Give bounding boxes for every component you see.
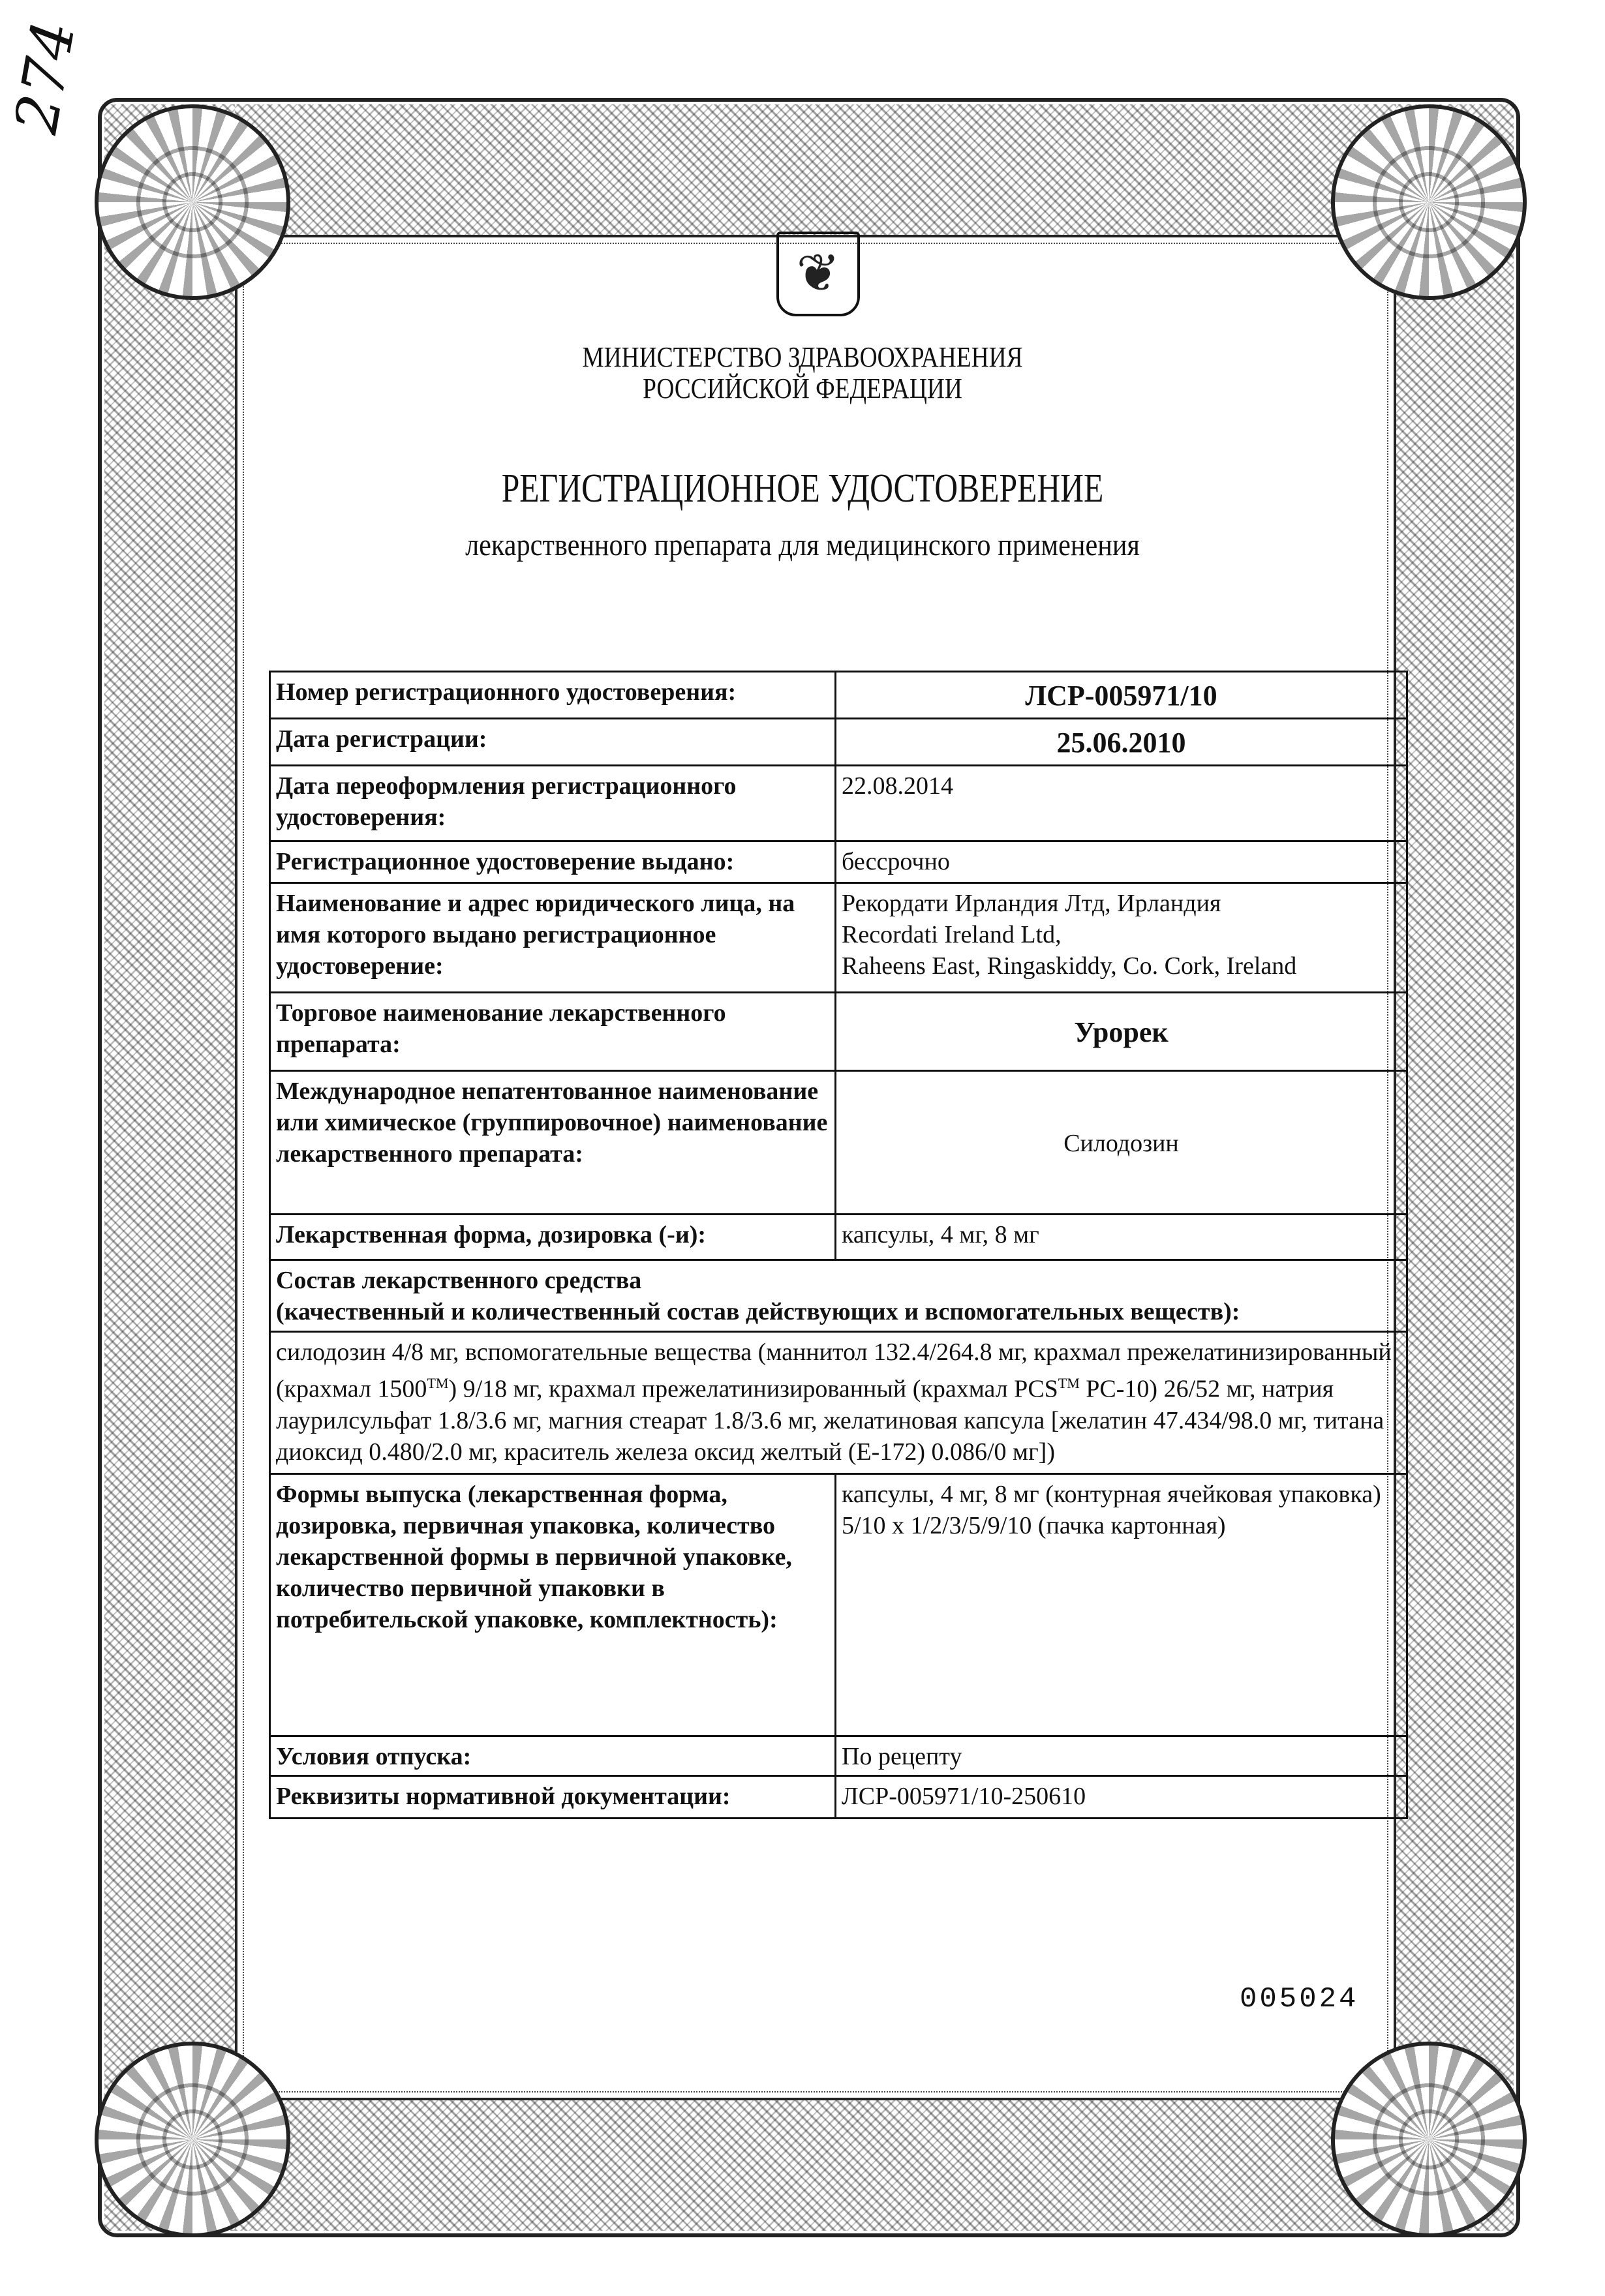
holder-name-ru: Рекордати Ирландия Лтд, Ирландия bbox=[842, 888, 1401, 919]
row-value-trade-name: Урорек bbox=[836, 993, 1407, 1071]
composition-label-line1: Состав лекарственного средства bbox=[276, 1265, 1401, 1296]
form-serial-number: 005024 bbox=[1240, 1983, 1358, 2016]
table-row: Формы выпуска (лекарственная форма, дози… bbox=[270, 1474, 1407, 1736]
double-headed-eagle-icon: ❦ bbox=[796, 248, 840, 300]
holder-name-en: Recordati Ireland Ltd, bbox=[842, 919, 1401, 950]
table-row: Реквизиты нормативной документации: ЛСР-… bbox=[270, 1776, 1407, 1819]
corner-rosette-bottom-left bbox=[95, 2042, 290, 2237]
table-row: Торговое наименование лекарственного пре… bbox=[270, 993, 1407, 1071]
document-title: РЕГИСТРАЦИОННОЕ УДОСТОВЕРЕНИЕ bbox=[160, 466, 1444, 512]
row-label-normative-doc: Реквизиты нормативной документации: bbox=[270, 1776, 836, 1819]
trademark-mark: TM bbox=[427, 1375, 448, 1391]
row-label-trade-name: Торговое наименование лекарственного пре… bbox=[270, 993, 836, 1071]
row-label-reg-number: Номер регистрационного удостоверения: bbox=[270, 672, 836, 719]
row-value-release-forms: капсулы, 4 мг, 8 мг (контурная ячейковая… bbox=[836, 1474, 1407, 1736]
row-label-validity: Регистрационное удостоверение выдано: bbox=[270, 841, 836, 883]
row-value-reissue-date: 22.08.2014 bbox=[836, 766, 1407, 841]
row-label-reissue-date: Дата переоформления регистрационного удо… bbox=[270, 766, 836, 841]
row-label-dosage-form: Лекарственная форма, дозировка (-и): bbox=[270, 1215, 836, 1260]
corner-rosette-top-left bbox=[95, 104, 290, 300]
coat-of-arms-icon: ❦ bbox=[776, 232, 860, 316]
table-row: Регистрационное удостоверение выдано: бе… bbox=[270, 841, 1407, 883]
table-row: Номер регистрационного удостоверения: ЛС… bbox=[270, 672, 1407, 719]
row-value-normative-doc: ЛСР-005971/10-250610 bbox=[836, 1776, 1407, 1819]
table-row: Дата регистрации: 25.06.2010 bbox=[270, 719, 1407, 766]
trademark-mark: TM bbox=[1058, 1375, 1080, 1391]
composition-label-line2: (качественный и количественный состав де… bbox=[276, 1296, 1401, 1327]
row-label-holder: Наименование и адрес юридического лица, … bbox=[270, 883, 836, 993]
table-row: силодозин 4/8 мг, вспомогательные вещест… bbox=[270, 1332, 1407, 1474]
composition-text-part2: ) 9/18 мг, крахмал прежелатинизированный… bbox=[448, 1376, 1058, 1403]
row-value-dosage-form: капсулы, 4 мг, 8 мг bbox=[836, 1215, 1407, 1260]
row-value-holder: Рекордати Ирландия Лтд, Ирландия Recorda… bbox=[836, 883, 1407, 993]
table-row: Лекарственная форма, дозировка (-и): кап… bbox=[270, 1215, 1407, 1260]
ministry-name-line1: МИНИСТЕРСТВО ЗДРАВООХРАНЕНИЯ bbox=[121, 340, 1485, 374]
table-row: Условия отпуска: По рецепту bbox=[270, 1736, 1407, 1776]
composition-header: Состав лекарственного средства (качестве… bbox=[270, 1260, 1407, 1332]
row-label-dispensing: Условия отпуска: bbox=[270, 1736, 836, 1776]
composition-text: силодозин 4/8 мг, вспомогательные вещест… bbox=[270, 1332, 1407, 1474]
row-value-inn: Силодозин bbox=[836, 1071, 1407, 1215]
corner-rosette-top-right bbox=[1331, 104, 1527, 300]
holder-address: Raheens East, Ringaskiddy, Co. Cork, Ire… bbox=[842, 950, 1401, 982]
corner-rosette-bottom-right bbox=[1331, 2042, 1527, 2237]
row-label-release-forms: Формы выпуска (лекарственная форма, дози… bbox=[270, 1474, 836, 1736]
row-value-reg-number: ЛСР-005971/10 bbox=[836, 672, 1407, 719]
row-value-dispensing: По рецепту bbox=[836, 1736, 1407, 1776]
handwritten-page-mark: 274 bbox=[7, 50, 123, 145]
registration-table: Номер регистрационного удостоверения: ЛС… bbox=[269, 671, 1408, 1819]
table-row: Наименование и адрес юридического лица, … bbox=[270, 883, 1407, 993]
table-row: Международное непатентованное наименован… bbox=[270, 1071, 1407, 1215]
row-value-validity: бессрочно bbox=[836, 841, 1407, 883]
ministry-name-line2: РОССИЙСКОЙ ФЕДЕРАЦИИ bbox=[121, 372, 1485, 405]
row-label-inn: Международное непатентованное наименован… bbox=[270, 1071, 836, 1215]
row-label-reg-date: Дата регистрации: bbox=[270, 719, 836, 766]
row-value-reg-date: 25.06.2010 bbox=[836, 719, 1407, 766]
table-row: Состав лекарственного средства (качестве… bbox=[270, 1260, 1407, 1332]
table-row: Дата переоформления регистрационного удо… bbox=[270, 766, 1407, 841]
document-subtitle: лекарственного препарата для медицинског… bbox=[97, 527, 1509, 563]
